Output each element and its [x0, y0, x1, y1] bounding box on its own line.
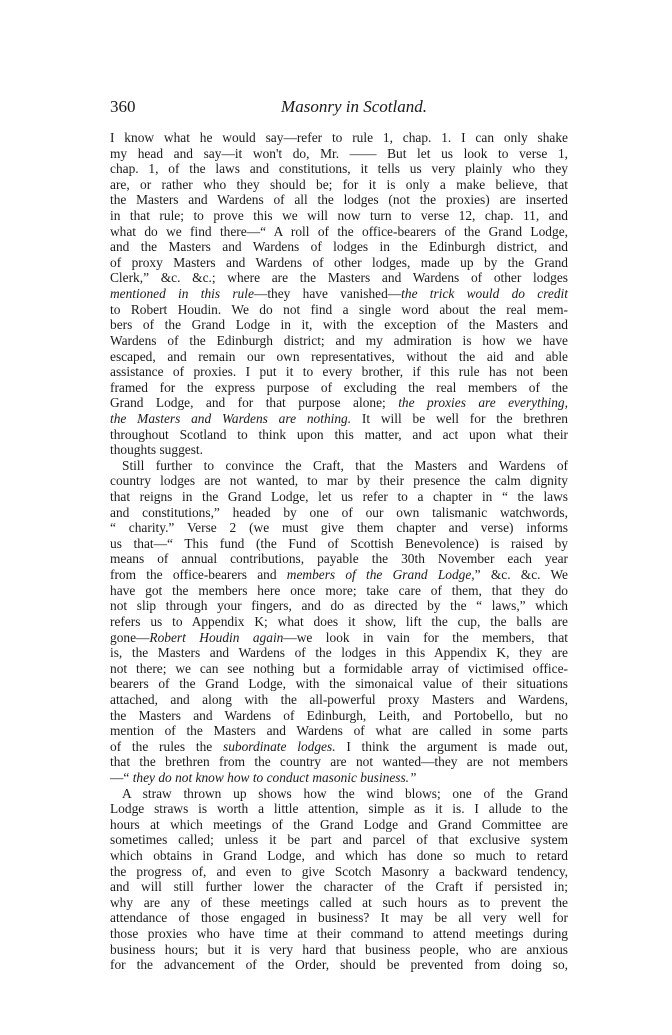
text-run: of the rules the	[110, 739, 223, 754]
text-line: thoughts suggest.	[110, 442, 568, 458]
text-line: sometimes called; unless it be part and …	[110, 832, 568, 848]
text-line: country lodges are not wanted, to mar by…	[110, 473, 568, 489]
text-line: the Masters and Wardens of Edinburgh, Le…	[110, 708, 568, 724]
text-line: gone—Robert Houdin again—we look in vain…	[110, 630, 568, 646]
text-line: I know what he would say—refer to rule 1…	[110, 130, 568, 146]
text-line: throughout Scotland to think upon this m…	[110, 427, 568, 443]
text-line: attached, and along with the all-powerfu…	[110, 692, 568, 708]
italic-phrase: the Masters and Wardens are nothing.	[110, 411, 351, 426]
text-line: for the advancement of the Order, should…	[110, 957, 568, 973]
text-line: that the brethren from the country are n…	[110, 754, 568, 770]
text-line: not slip through your fingers, and do as…	[110, 598, 568, 614]
text-run: It will be well for the brethren	[351, 411, 568, 426]
text-line: Lodge straws is worth a little attention…	[110, 801, 568, 817]
text-line: my head and say—it won't do, Mr. —— But …	[110, 146, 568, 162]
text-run: —they have vanished—	[254, 286, 401, 301]
italic-phrase: members of the Grand Lodge,	[287, 567, 475, 582]
italic-phrase: the trick would do credit	[401, 286, 568, 301]
text-line: the Masters and Wardens of all the lodge…	[110, 192, 568, 208]
text-line: bers of the Grand Lodge in it, with the …	[110, 317, 568, 333]
text-line: escaped, and remain our own representati…	[110, 349, 568, 365]
text-line: Grand Lodge, and for that purpose alone;…	[110, 395, 568, 411]
text-run: —“	[110, 770, 133, 785]
text-line: us that—“ This fund (the Fund of Scottis…	[110, 536, 568, 552]
text-run: gone—	[110, 630, 149, 645]
text-line: Wardens of the Edinburgh district; and m…	[110, 333, 568, 349]
text-line: to Robert Houdin. We do not find a singl…	[110, 302, 568, 318]
text-line: is, the Masters and Wardens of the lodge…	[110, 645, 568, 661]
italic-phrase: they do not know how to conduct masonic …	[133, 770, 417, 785]
text-line: Still further to convince the Craft, tha…	[110, 458, 568, 474]
text-line: that reigns in the Grand Lodge, let us r…	[110, 489, 568, 505]
text-line: have got the members here once more; tak…	[110, 583, 568, 599]
text-line: Clerk,” &c. &c.; where are the Masters a…	[110, 270, 568, 286]
text-line: of the rules the subordinate lodges. I t…	[110, 739, 568, 755]
book-page: 360 Masonry in Scotland. I know what he …	[110, 96, 568, 973]
text-line: what do we find there—“ A roll of the of…	[110, 224, 568, 240]
italic-phrase: subordinate lodges.	[223, 739, 336, 754]
text-line: framed for the express purpose of exclud…	[110, 380, 568, 396]
text-line: from the office-bearers and members of t…	[110, 567, 568, 583]
text-line: which obtains in Grand Lodge, and which …	[110, 848, 568, 864]
italic-phrase: mentioned in this rule	[110, 286, 254, 301]
text-line: and will still further lower the charact…	[110, 879, 568, 895]
text-line: why are any of these meetings called at …	[110, 895, 568, 911]
text-run: Grand Lodge, and for that purpose alone;	[110, 395, 398, 410]
text-line: “ charity.” Verse 2 (we must give them c…	[110, 520, 568, 536]
text-line: and constitutions,” headed by one of our…	[110, 505, 568, 521]
text-line: in that rule; to prove this we will now …	[110, 208, 568, 224]
text-line: attendance of those engaged in business?…	[110, 910, 568, 926]
text-line: and the Masters and Wardens of lodges in…	[110, 239, 568, 255]
text-line: business hours; but it is very hard that…	[110, 942, 568, 958]
text-run: I think the argument is made out,	[336, 739, 568, 754]
italic-phrase: the proxies are everything,	[398, 395, 568, 410]
text-line: the progress of, and even to give Scotch…	[110, 864, 568, 880]
running-title: Masonry in Scotland.	[110, 96, 568, 118]
text-line: assistance of proxies. I put it to every…	[110, 364, 568, 380]
text-run: —we look in vain for the members, that	[283, 630, 568, 645]
text-line: —“ they do not know how to conduct mason…	[110, 770, 568, 786]
text-line: bearers of the Grand Lodge, with the sim…	[110, 676, 568, 692]
text-run: ” &c. &c. We	[475, 567, 568, 582]
text-run: from the office-bearers and	[110, 567, 287, 582]
text-line: mention of the Masters and Wardens of wh…	[110, 723, 568, 739]
text-line: of proxy Masters and Wardens of other lo…	[110, 255, 568, 271]
body-text: I know what he would say—refer to rule 1…	[110, 130, 568, 973]
text-line: are, or rather who they should be; for i…	[110, 177, 568, 193]
text-line: chap. 1, of the laws and constitutions, …	[110, 161, 568, 177]
text-line: refers us to Appendix K; what does it sh…	[110, 614, 568, 630]
text-line: A straw thrown up shows how the wind blo…	[110, 786, 568, 802]
text-line: the Masters and Wardens are nothing. It …	[110, 411, 568, 427]
text-line: means of annual contributions, payable t…	[110, 551, 568, 567]
text-line: mentioned in this rule—they have vanishe…	[110, 286, 568, 302]
running-head: 360 Masonry in Scotland.	[110, 96, 568, 118]
text-line: not there; we can see nothing but a form…	[110, 661, 568, 677]
italic-phrase: Robert Houdin again	[149, 630, 283, 645]
text-line: hours at which meetings of the Grand Lod…	[110, 817, 568, 833]
text-line: those proxies who have time at their com…	[110, 926, 568, 942]
